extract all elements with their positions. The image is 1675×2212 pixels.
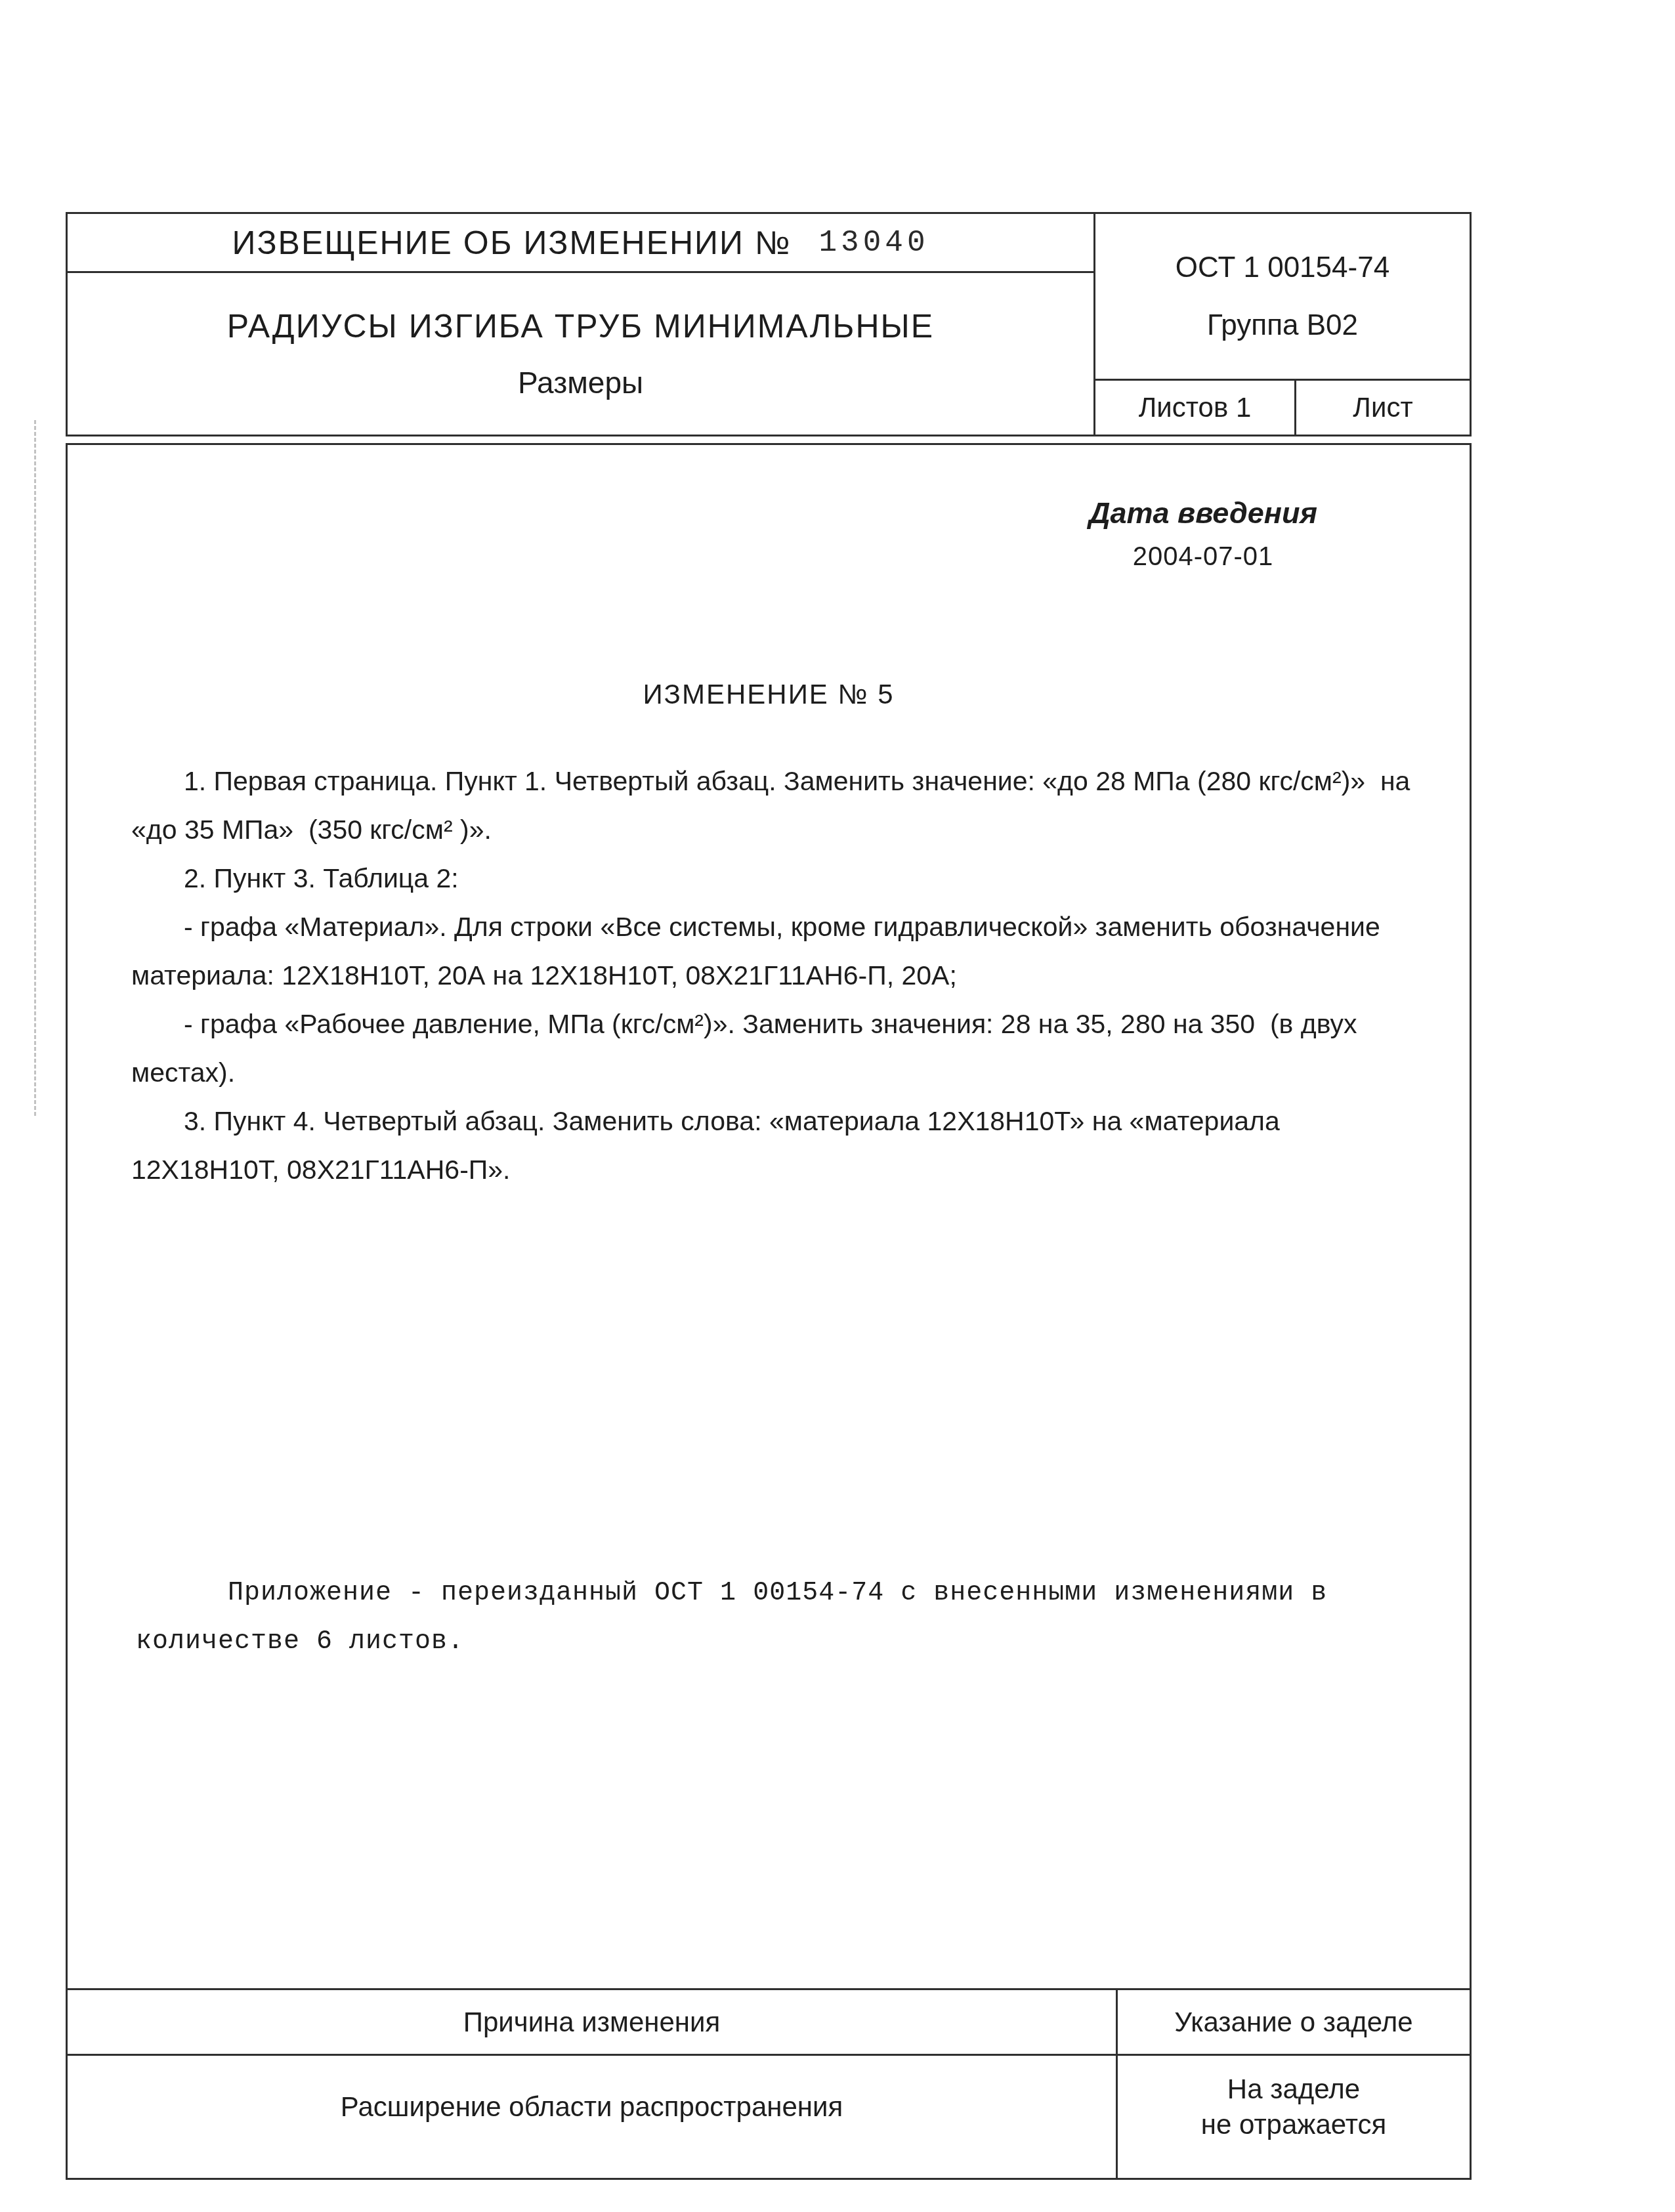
introduction-date-value: 2004-07-01: [1006, 538, 1400, 575]
scanned-document-page: ИЗВЕЩЕНИЕ ОБ ИЗМЕНЕНИИ № 13040 РАДИУСЫ И…: [0, 0, 1675, 2212]
appendix-line: количестве 6 листов.: [136, 1618, 1327, 1667]
body-line: «до 35 МПа» (350 кгс/см² )».: [131, 805, 1410, 854]
body-line: местах).: [131, 1048, 1410, 1097]
body-line: 1. Первая страница. Пункт 1. Четвертый а…: [131, 757, 1410, 805]
body-line: - графа «Материал». Для строки «Все сист…: [131, 903, 1410, 951]
body-line: 2. Пункт 3. Таблица 2:: [131, 854, 1410, 903]
body-line: 12Х18Н10Т, 08Х21Г11АН6-П».: [131, 1145, 1410, 1194]
backlog-header-cell: Указание о заделе: [1118, 1990, 1470, 2054]
introduction-date-block: Дата введения 2004-07-01: [1006, 495, 1400, 575]
notice-title-cell: ИЗВЕЩЕНИЕ ОБ ИЗМЕНЕНИИ № 13040: [68, 214, 1095, 273]
backlog-value-cell: На заделе не отражается: [1118, 2056, 1470, 2178]
sheets-total-cell: Листов 1: [1095, 381, 1296, 435]
introduction-date-label: Дата введения: [1006, 495, 1400, 532]
notice-number: 13040: [819, 226, 929, 260]
standard-number-cell: ОСТ 1 00154-74 Группа В02: [1095, 214, 1470, 381]
reason-header-cell: Причина изменения: [68, 1990, 1118, 2054]
change-text-block: 1. Первая страница. Пункт 1. Четвертый а…: [131, 757, 1410, 1194]
scan-margin-artifact: [34, 420, 36, 1116]
header-table: ИЗВЕЩЕНИЕ ОБ ИЗМЕНЕНИИ № 13040 РАДИУСЫ И…: [66, 212, 1472, 436]
document-title: РАДИУСЫ ИЗГИБА ТРУБ МИНИМАЛЬНЫЕ: [227, 307, 934, 345]
document-subtitle: Размеры: [518, 365, 643, 400]
reason-value-cell: Расширение области распространения: [68, 2056, 1118, 2178]
document-body: Дата введения 2004-07-01 ИЗМЕНЕНИЕ № 5 1…: [66, 443, 1472, 2180]
footer-table-data-row: Расширение области распространения На за…: [68, 2056, 1470, 2178]
appendix-line: Приложение - переизданный ОСТ 1 00154-74…: [136, 1569, 1327, 1618]
backlog-value-line: не отражается: [1201, 2107, 1387, 2142]
standard-number: ОСТ 1 00154-74: [1176, 251, 1389, 284]
notice-label: ИЗВЕЩЕНИЕ ОБ ИЗМЕНЕНИИ №: [232, 224, 791, 262]
sheet-cell: Лист: [1296, 381, 1470, 435]
change-heading: ИЗМЕНЕНИЕ № 5: [68, 676, 1470, 713]
body-line: 3. Пункт 4. Четвертый абзац. Заменить сл…: [131, 1097, 1410, 1145]
group-label: Группа В02: [1207, 309, 1358, 342]
footer-table: Причина изменения Указание о заделе Расш…: [68, 1988, 1470, 2178]
appendix-note: Приложение - переизданный ОСТ 1 00154-74…: [136, 1569, 1327, 1667]
footer-table-header-row: Причина изменения Указание о заделе: [68, 1990, 1470, 2056]
document-title-cell: РАДИУСЫ ИЗГИБА ТРУБ МИНИМАЛЬНЫЕ Размеры: [68, 273, 1095, 435]
body-line: материала: 12Х18Н10Т, 20А на 12Х18Н10Т, …: [131, 951, 1410, 1000]
body-line: - графа «Рабочее давление, МПа (кгс/см²)…: [131, 1000, 1410, 1048]
backlog-value-line: На заделе: [1227, 2072, 1360, 2107]
